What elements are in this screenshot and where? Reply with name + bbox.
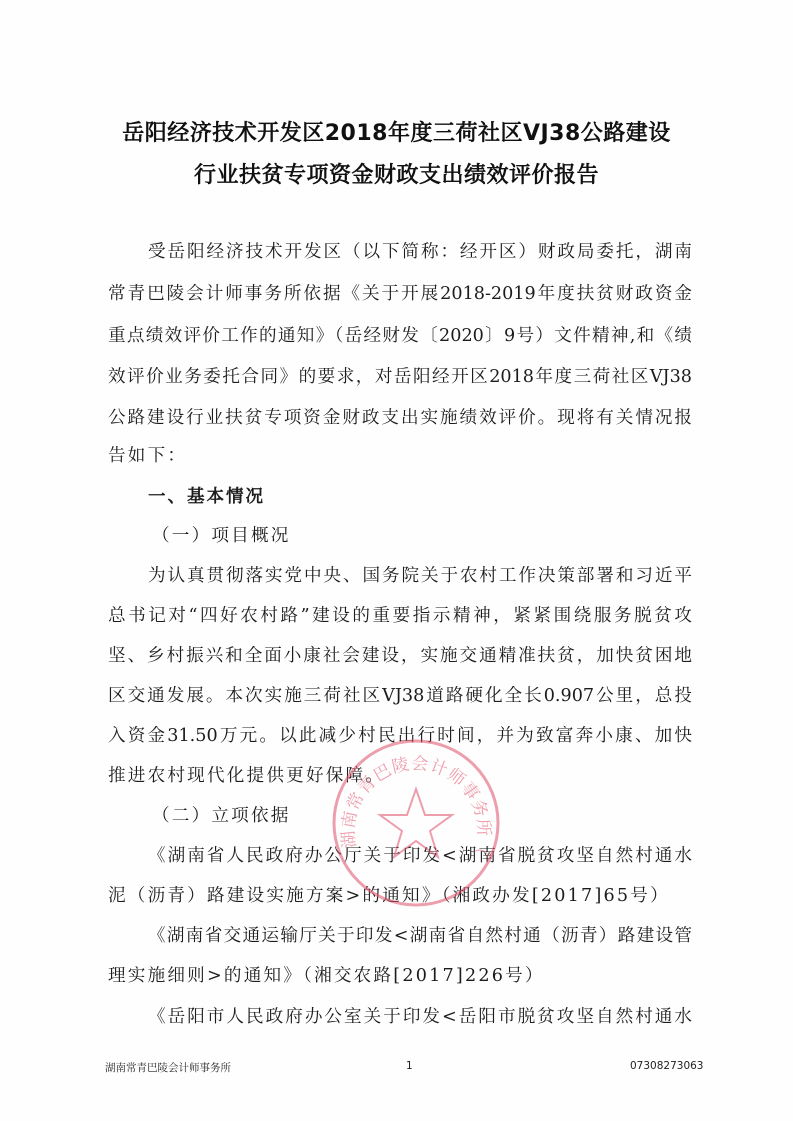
- report-title-line-2: 行业扶贫专项资金财政支出绩效评价报告: [0, 158, 793, 189]
- intro-line: 受岳阳经济技术开发区（以下简称：经开区）财政局委托，湖南: [148, 240, 692, 264]
- report-title-line-1: 岳阳经济技术开发区2018年度三荷社区VJ38公路建设: [0, 116, 793, 147]
- overview-line: 入资金31.50万元。以此减少村民出行时间，并为致富奔小康、加快: [108, 724, 692, 748]
- subsection-heading-project-basis: （二）立项依据: [152, 804, 696, 828]
- intro-line: 公路建设行业扶贫专项资金财政支出实施绩效评价。现将有关情况报: [108, 406, 692, 430]
- footer-phone-number: 07308273063: [630, 1060, 704, 1072]
- svg-text:湖南常青巴陵会计师事务所（普通合伙）: 湖南常青巴陵会计师事务所（普通合伙）: [330, 737, 493, 859]
- basis-reference-line: 泥（沥青）路建设实施方案>的通知》（湘政办发[2017]65号）: [108, 884, 692, 908]
- footer-page-number: 1: [406, 1060, 413, 1072]
- subsection-heading-project-overview: （一）项目概况: [152, 524, 696, 548]
- intro-line: 告如下：: [108, 444, 692, 468]
- basis-reference-line: 《岳阳市人民政府办公室关于印发<岳阳市脱贫攻坚自然村通水: [148, 1005, 692, 1029]
- intro-line: 常青巴陵会计师事务所依据《关于开展2018-2019年度扶贫财政资金: [108, 282, 692, 306]
- basis-reference-line: 《湖南省交通运输厅关于印发<湖南省自然村通（沥青）路建设管: [148, 924, 692, 948]
- overview-line: 推进农村现代化提供更好保障。: [108, 764, 692, 788]
- overview-line: 为认真贯彻落实党中央、国务院关于农村工作决策部署和习近平: [148, 564, 692, 588]
- basis-reference-line: 《湖南省人民政府办公厅关于印发<湖南省脱贫攻坚自然村通水: [148, 844, 692, 868]
- basis-reference-line: 理实施细则>的通知》（湘交农路[2017]226号）: [108, 964, 692, 988]
- intro-line: 重点绩效评价工作的通知》（岳经财发〔2020〕9号）文件精神,和《绩: [108, 324, 692, 348]
- document-page: 岳阳经济技术开发区2018年度三荷社区VJ38公路建设 行业扶贫专项资金财政支出…: [0, 0, 793, 1121]
- overview-line: 坚、乡村振兴和全面小康社会建设，实施交通精准扶贫，加快贫困地: [108, 644, 692, 668]
- section-heading-basic-info: 一、基本情况: [148, 485, 692, 509]
- intro-line: 效评价业务委托合同》的要求，对岳阳经开区2018年度三荷社区VJ38: [108, 365, 692, 389]
- footer-firm-name: 湖南常青巴陵会计师事务所: [105, 1060, 231, 1075]
- overview-line: 区交通发展。本次实施三荷社区VJ38道路硬化全长0.907公里，总投: [108, 684, 692, 708]
- overview-line: 总书记对“四好农村路”建设的重要指示精神，紧紧围绕服务脱贫攻: [108, 604, 692, 628]
